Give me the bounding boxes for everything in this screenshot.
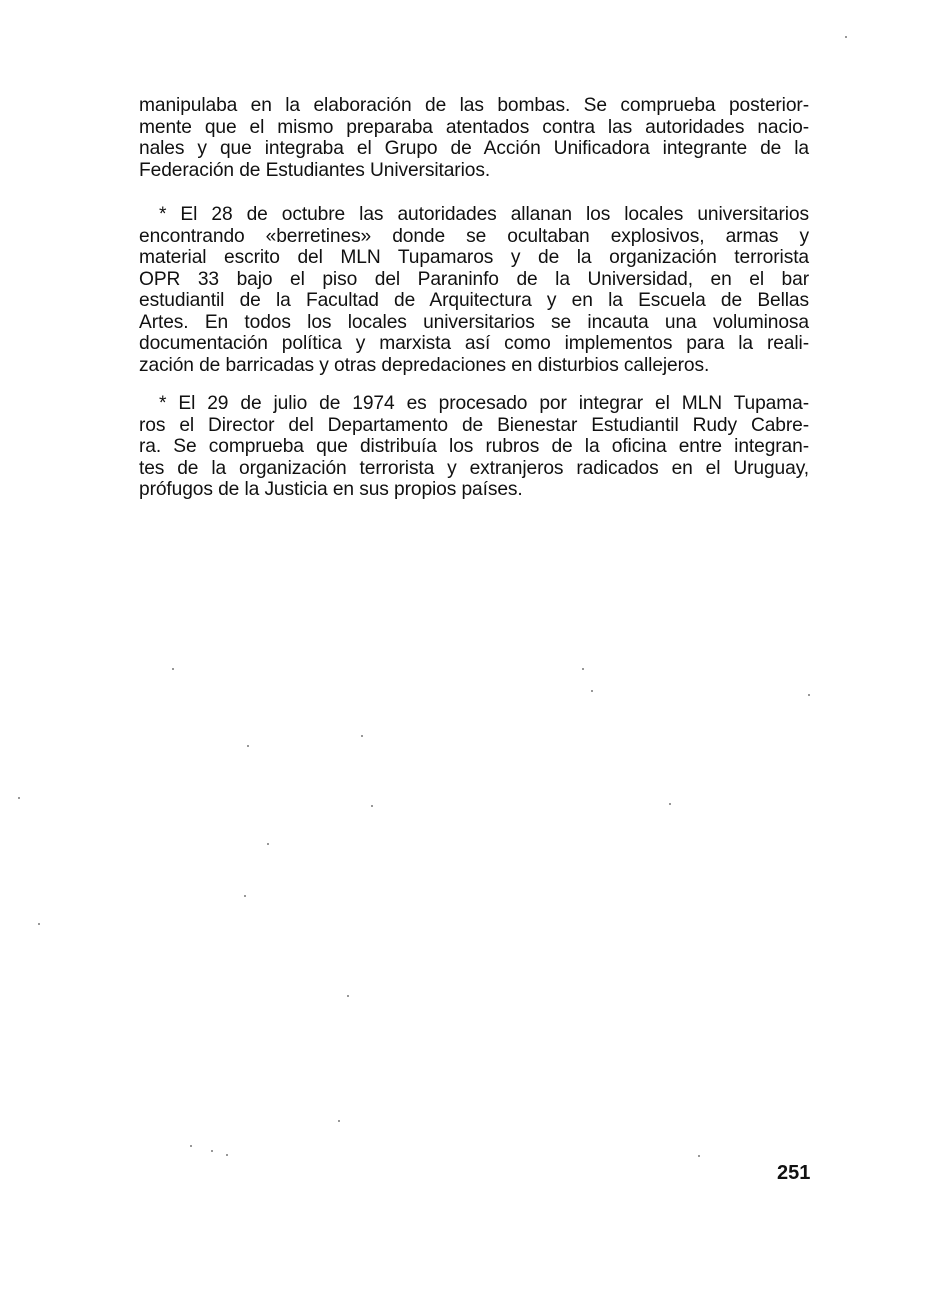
scan-speck	[361, 735, 363, 737]
text-line: material escrito del MLN Tupamaros y de …	[139, 247, 809, 269]
scan-speck	[582, 668, 584, 670]
scan-speck	[371, 805, 373, 807]
scan-speck	[172, 668, 174, 670]
text-line: manipulaba en la elaboración de las bomb…	[139, 95, 809, 117]
scan-speck	[38, 923, 40, 925]
text-line: nales y que integraba el Grupo de Acción…	[139, 138, 809, 160]
text-line: estudiantil de la Facultad de Arquitectu…	[139, 290, 809, 312]
scan-speck	[698, 1155, 700, 1157]
text-line: OPR 33 bajo el piso del Paraninfo de la …	[139, 269, 809, 291]
scan-speck	[808, 694, 810, 696]
text-line: ros el Director del Departamento de Bien…	[139, 415, 809, 437]
paragraph-3: * El 29 de julio de 1974 es procesado po…	[139, 393, 809, 501]
text-line: tes de la organización terrorista y extr…	[139, 458, 809, 480]
scan-speck	[591, 690, 593, 692]
text-line: encontrando «berretines» donde se oculta…	[139, 226, 809, 248]
page-number: 251	[777, 1162, 810, 1185]
scan-speck	[338, 1120, 340, 1122]
paragraph-2: * El 28 de octubre las autoridades allan…	[139, 204, 809, 376]
text-line: ra. Se comprueba que distribuía los rubr…	[139, 436, 809, 458]
document-page: manipulaba en la elaboración de las bomb…	[0, 0, 930, 1308]
scan-speck	[226, 1154, 228, 1156]
text-line: * El 28 de octubre las autoridades allan…	[139, 204, 809, 226]
scan-speck	[190, 1145, 192, 1147]
text-line: documentación política y marxista así co…	[139, 333, 809, 355]
scan-speck	[669, 803, 671, 805]
scan-speck	[347, 995, 349, 997]
paragraph-1: manipulaba en la elaboración de las bomb…	[139, 95, 809, 181]
text-line: prófugos de la Justicia en sus propios p…	[139, 479, 809, 501]
text-line: Artes. En todos los locales universitari…	[139, 312, 809, 334]
text-line: Federación de Estudiantes Universitarios…	[139, 160, 809, 182]
scan-speck	[244, 895, 246, 897]
scan-speck	[211, 1150, 213, 1152]
scan-speck	[267, 843, 269, 845]
text-line: zación de barricadas y otras depredacion…	[139, 355, 809, 377]
text-line: mente que el mismo preparaba atentados c…	[139, 117, 809, 139]
text-line: * El 29 de julio de 1974 es procesado po…	[139, 393, 809, 415]
scan-speck	[247, 745, 249, 747]
scan-speck	[845, 36, 847, 38]
scan-speck	[18, 797, 20, 799]
